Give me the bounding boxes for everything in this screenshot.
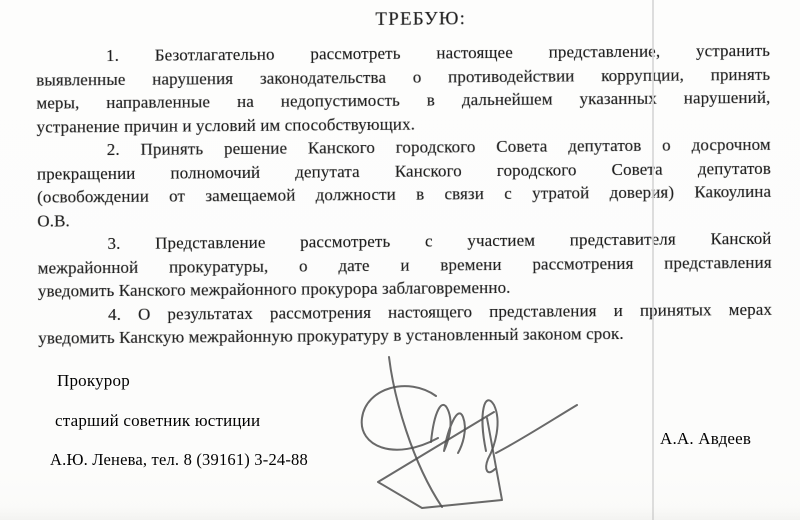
document-heading: ТРЕБУЮ: bbox=[36, 4, 770, 36]
executor-contact: А.Ю. Ленева, тел. 8 (39161) 3-24-88 bbox=[50, 450, 308, 470]
document-text-block: ТРЕБУЮ: 1. Безотлагательно рассмотреть н… bbox=[0, 0, 800, 350]
paragraph-1: 1. Безотлагательно рассмотреть настоящее… bbox=[36, 39, 771, 139]
paragraph-2: 2. Принять решение Канского городского С… bbox=[37, 133, 772, 233]
paragraph-line: уведомить Канскую межрайонную прокуратур… bbox=[38, 321, 772, 350]
signer-name: А.А. Авдеев bbox=[660, 429, 751, 449]
paragraphs: 1. Безотлагательно рассмотреть настоящее… bbox=[36, 39, 772, 350]
paragraph-4: 4. О результатах рассмотрения настоящего… bbox=[38, 297, 772, 350]
scanned-document-page: ТРЕБУЮ: 1. Безотлагательно рассмотреть н… bbox=[0, 0, 800, 520]
signer-position-rank: старший советник юстиции bbox=[55, 411, 260, 431]
paragraph-3: 3. Представление рассмотреть с участием … bbox=[37, 227, 772, 303]
handwritten-signature bbox=[336, 350, 592, 518]
scan-fold-line bbox=[652, 0, 654, 520]
signer-position-title: Прокурор bbox=[57, 371, 130, 391]
